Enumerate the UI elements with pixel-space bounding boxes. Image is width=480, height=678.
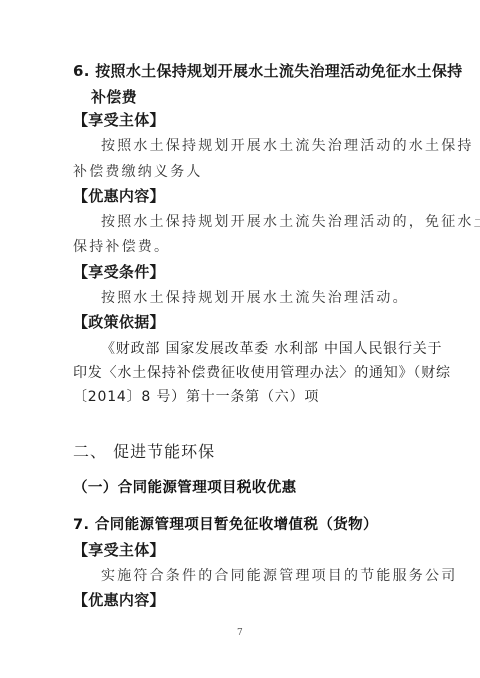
- subject-text: 按照水土保持规划开展水土流失治理活动的水土保持: [101, 136, 474, 156]
- benefit-text-continued: 保持补偿费。: [73, 237, 170, 257]
- subject-label: 【享受主体】: [73, 110, 165, 130]
- item-7-benefit-label: 【优惠内容】: [73, 590, 165, 610]
- condition-label: 【享受条件】: [73, 262, 165, 282]
- basis-text: 《财政部 国家发展改革委 水利部 中国人民银行关于: [101, 339, 442, 359]
- item-7-subject-label: 【享受主体】: [73, 540, 165, 560]
- condition-text: 按照水土保持规划开展水土流失治理活动。: [101, 288, 409, 308]
- subsection-heading: （一）合同能源管理项目税收优惠: [73, 478, 297, 498]
- section-2-heading: 二、 促进节能环保: [73, 442, 215, 462]
- basis-text-end: 〔2014〕8 号）第十一条第（六）项: [73, 387, 319, 407]
- subject-text-continued: 补偿费缴纳义务人: [73, 162, 203, 182]
- item-7-title: 7. 合同能源管理项目暂免征收增值税（货物）: [73, 515, 378, 535]
- benefit-text: 按照水土保持规划开展水土流失治理活动的，免征水土: [101, 212, 480, 232]
- basis-text-continued: 印发〈水土保持补偿费征收使用管理办法〉的通知》（财综: [73, 363, 451, 383]
- basis-label: 【政策依据】: [73, 312, 165, 332]
- item-6-title: 6. 按照水土保持规划开展水土流失治理活动免征水土保持: [73, 61, 462, 81]
- item-6-title-continued: 补偿费: [91, 87, 137, 107]
- benefit-label: 【优惠内容】: [73, 186, 165, 206]
- page-number: 7: [237, 628, 243, 638]
- item-7-subject-text: 实施符合条件的合同能源管理项目的节能服务公司: [101, 566, 457, 586]
